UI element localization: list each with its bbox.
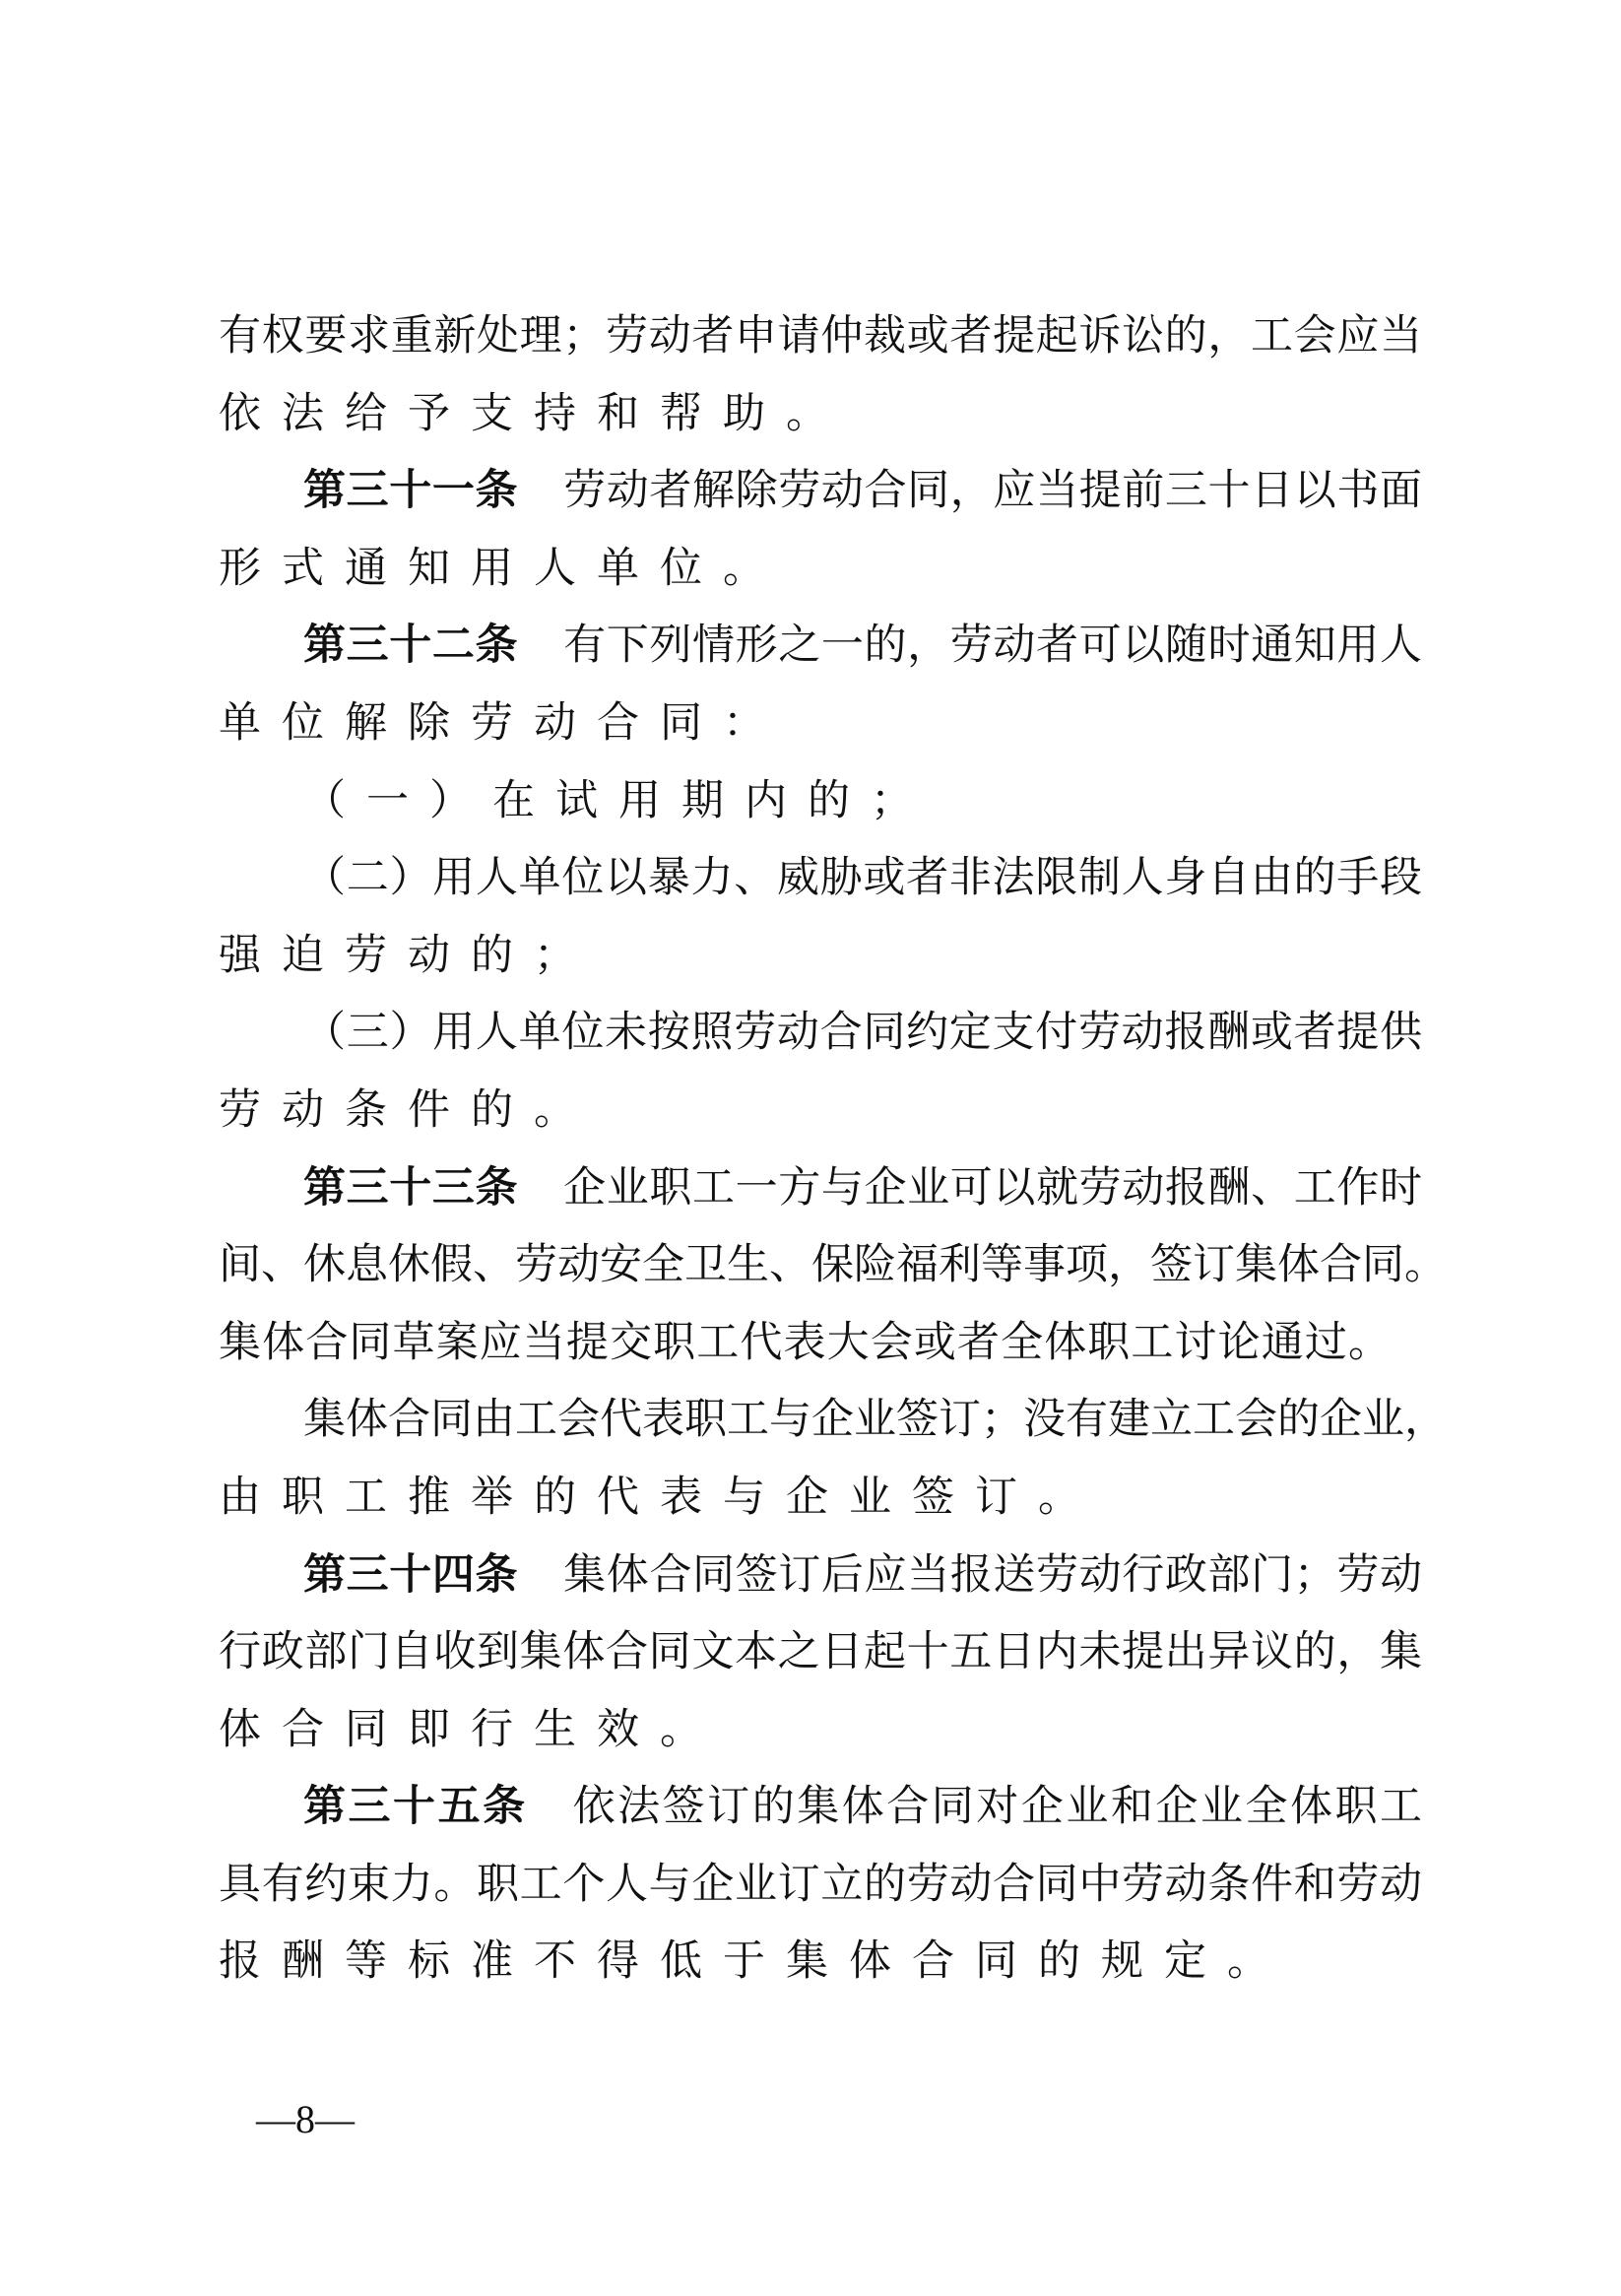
paragraph-line: 有权要求重新处理；劳动者申请仲裁或者提起诉讼的，工会应当 bbox=[219, 297, 1422, 375]
paragraph-line: 报酬等标准不得低于集体合同的规定。 bbox=[219, 1923, 1422, 2001]
page-number: —8— bbox=[256, 2096, 355, 2142]
list-item-3: （三）用人单位未按照劳动合同约定支付劳动报酬或者提供 bbox=[219, 994, 1422, 1072]
article-heading: 第三十四条 bbox=[303, 1550, 518, 1600]
article-text: 有下列情形之一的，劳动者可以随时通知用人 bbox=[563, 621, 1422, 670]
article-heading: 第三十二条 bbox=[303, 621, 518, 670]
document-page: 有权要求重新处理；劳动者申请仲裁或者提起诉讼的，工会应当 依法给予支持和帮助。 … bbox=[0, 0, 1621, 2296]
paragraph-line: 劳动条件的。 bbox=[219, 1072, 1422, 1149]
body-text: 有权要求重新处理；劳动者申请仲裁或者提起诉讼的，工会应当 依法给予支持和帮助。 … bbox=[219, 297, 1422, 2001]
paragraph-line: 依法给予支持和帮助。 bbox=[219, 375, 1422, 453]
article-34-line: 第三十四条集体合同签订后应当报送劳动行政部门；劳动 bbox=[219, 1537, 1422, 1614]
paragraph-line: 单位解除劳动合同： bbox=[219, 685, 1422, 762]
list-item-2: （二）用人单位以暴力、威胁或者非法限制人身自由的手段 bbox=[219, 839, 1422, 917]
paragraph-line: 体合同即行生效。 bbox=[219, 1691, 1422, 1769]
article-35-line: 第三十五条依法签订的集体合同对企业和企业全体职工 bbox=[219, 1768, 1422, 1846]
paragraph-line: 集体合同草案应当提交职工代表大会或者全体职工讨论通过。 bbox=[219, 1304, 1391, 1382]
paragraph-line: 形式通知用人单位。 bbox=[219, 530, 1422, 608]
paragraph-line: 由职工推举的代表与企业签订。 bbox=[219, 1459, 1422, 1537]
article-32-line: 第三十二条有下列情形之一的，劳动者可以随时通知用人 bbox=[219, 607, 1422, 685]
article-heading: 第三十一条 bbox=[303, 466, 518, 515]
list-item-1: （一）在试用期内的； bbox=[219, 762, 1422, 840]
paragraph-line: 强迫劳动的； bbox=[219, 917, 1422, 995]
article-text: 依法签订的集体合同对企业和企业全体职工 bbox=[573, 1782, 1422, 1831]
paragraph-line: 间、休息休假、劳动安全卫生、保险福利等事项，签订集体合同。 bbox=[219, 1226, 1422, 1304]
article-text: 劳动者解除劳动合同，应当提前三十日以书面 bbox=[563, 466, 1422, 515]
article-31-line: 第三十一条劳动者解除劳动合同，应当提前三十日以书面 bbox=[219, 452, 1422, 530]
article-text: 企业职工一方与企业可以就劳动报酬、工作时 bbox=[563, 1163, 1422, 1213]
article-33-line: 第三十三条企业职工一方与企业可以就劳动报酬、工作时 bbox=[219, 1149, 1422, 1227]
paragraph-line: 具有约束力。职工个人与企业订立的劳动合同中劳动条件和劳动 bbox=[219, 1846, 1422, 1924]
article-text: 集体合同签订后应当报送劳动行政部门；劳动 bbox=[563, 1550, 1422, 1600]
paragraph-line: 集体合同由工会代表职工与企业签订；没有建立工会的企业， bbox=[219, 1381, 1446, 1459]
paragraph-line: 行政部门自收到集体合同文本之日起十五日内未提出异议的，集 bbox=[219, 1613, 1422, 1691]
article-heading: 第三十五条 bbox=[303, 1782, 528, 1831]
article-heading: 第三十三条 bbox=[303, 1163, 518, 1213]
